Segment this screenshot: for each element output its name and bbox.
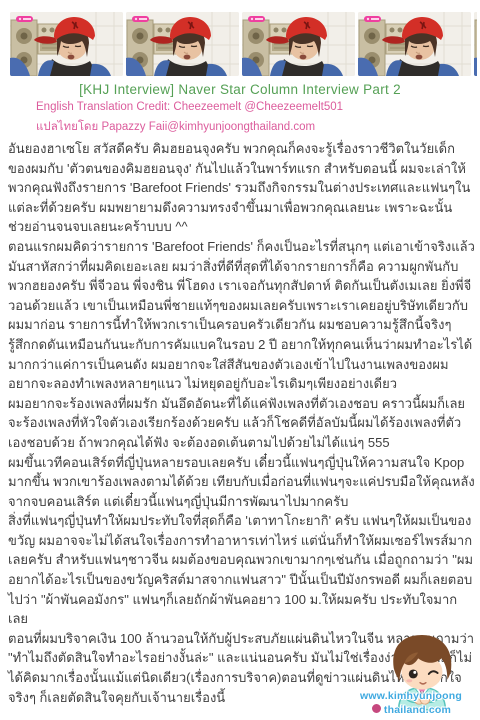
photo-frame-video-still — [358, 12, 471, 76]
photo-frame-video-still — [126, 12, 239, 76]
man-in-red-cap-still-image — [10, 12, 123, 76]
photo-frame-video-still — [242, 12, 355, 76]
site-watermark: www.kimhyunjoong thailand.com — [347, 691, 475, 716]
man-in-red-cap-still-image — [474, 12, 477, 76]
article-paragraph: อันยองฮาเซโย สวัสดีครับ คิมฮยอนจุงครับ พ… — [8, 139, 475, 237]
article-paragraph: ตอนแรกผมคิดว่ารายการ 'Barefoot Friends' … — [8, 237, 475, 335]
article-paragraph: ผมขึ้นเวทีคอนเสิร์ตที่ญี่ปุ่นหลายรอบเลยค… — [8, 453, 475, 512]
site-logo-icon — [371, 703, 382, 714]
photo-strip — [10, 12, 477, 76]
article-paragraph: ผมอยากจะร้องเพลงที่ผมรัก มันอึดอัดนะที่ไ… — [8, 394, 475, 453]
man-in-red-cap-still-image — [358, 12, 471, 76]
site-mascot-watermark: www.kimhyunjoong thailand.com — [347, 633, 475, 717]
watermark-line2: thailand.com — [347, 703, 475, 717]
article-body: อันยองฮาเซโย สวัสดีครับ คิมฮยอนจุงครับ พ… — [8, 139, 475, 707]
watermark-line1: www.kimhyunjoong — [347, 691, 475, 703]
article-paragraph: สิ่งที่แฟนๆญี่ปุ่นทำให้ผมประทับใจที่สุดก… — [8, 511, 475, 629]
post-title: [KHJ Interview] Naver Star Column Interv… — [0, 82, 480, 97]
man-in-red-cap-still-image — [126, 12, 239, 76]
article-paragraph: รู้สึกกดดันเหมือนกันนะกับการคัมแบคในรอบ … — [8, 335, 475, 394]
thai-translation-credit: แปลไทยโดย Papazzy Faii@kimhyunjoongthail… — [36, 118, 315, 136]
photo-frame-video-still — [10, 12, 123, 76]
photo-frame-video-still — [474, 12, 477, 76]
image-post: [KHJ Interview] Naver Star Column Interv… — [0, 0, 480, 720]
english-translation-credit: English Translation Credit: Cheezeemelt … — [36, 101, 343, 113]
man-in-red-cap-still-image — [242, 12, 355, 76]
